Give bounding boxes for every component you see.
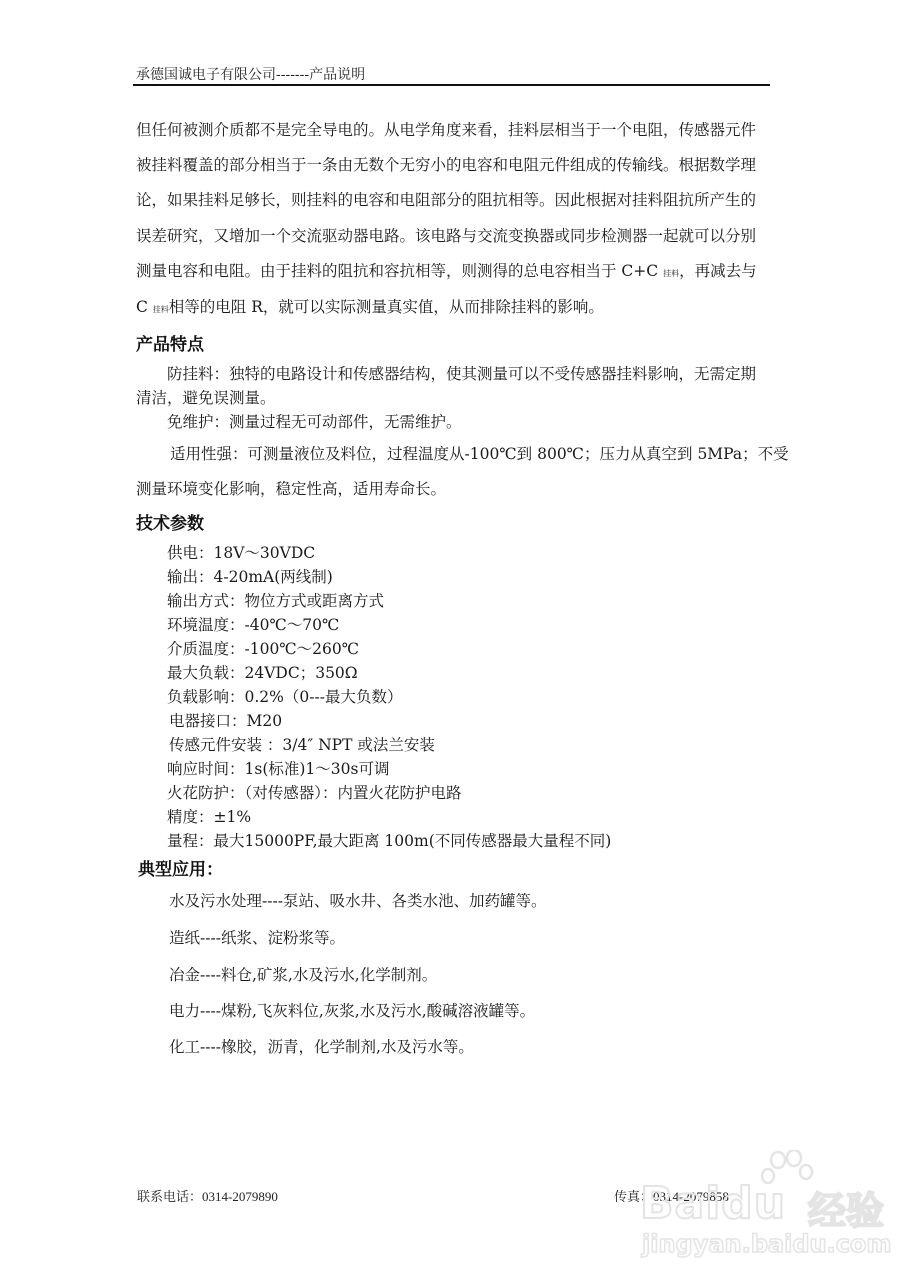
watermark-url: jingyan.baidu.com — [642, 1230, 891, 1258]
intro-line-6-head: C — [136, 298, 153, 316]
subscript-gualiao: 挂料 — [663, 269, 679, 278]
intro-line-4: 误差研究，又增加一个交流驱动器电路。该电路与交流变换器或同步检测器一起就可以分别 — [136, 224, 756, 246]
intro-line-6: C 挂料相等的电阻 R，就可以实际测量真实值，从而排除挂料的影响。 — [136, 295, 604, 317]
application-item: 造纸----纸浆、淀粉浆等。 — [169, 926, 345, 948]
feature-line-5: 测量环境变化影响，稳定性高，适用寿命长。 — [136, 477, 446, 499]
spec-item: 环境温度：-40℃～70℃ — [167, 613, 339, 635]
section-heading-features: 产品特点 — [136, 330, 204, 355]
intro-line-2: 被挂料覆盖的部分相当于一条由无数个无穷小的电容和电阻元件组成的传输线。根据数学理 — [136, 153, 756, 175]
application-item: 化工----橡胶，沥青，化学制剂,水及污水等。 — [169, 1035, 474, 1057]
spec-item: 供电：18V～30VDC — [167, 541, 315, 563]
intro-line-5: 测量电容和电阻。由于挂料的阻抗和容抗相等，则测得的总电容相当于 C+C 挂料，再… — [136, 259, 757, 281]
header-divider — [133, 84, 770, 86]
spec-item: 精度：±1% — [167, 805, 251, 827]
feature-line-1: 防挂料：独特的电路设计和传感器结构，使其测量可以不受传感器挂料影响，无需定期 — [167, 362, 756, 384]
section-heading-applications: 典型应用： — [138, 855, 223, 880]
spec-item: 输出方式：物位方式或距离方式 — [167, 589, 384, 611]
baidu-watermark: Baidu 经验 jingyan.baidu.com — [640, 1150, 900, 1260]
section-heading-specs: 技术参数 — [136, 509, 204, 534]
feature-line-4: 适用性强：可测量液位及料位，过程温度从-100℃到 800℃；压力从真空到 5M… — [170, 442, 789, 464]
footer-fax: 传真：0314-2079858 — [614, 1186, 729, 1205]
intro-line-5-tail: ，再减去与 — [679, 262, 757, 280]
spec-item: 最大负载：24VDC；350Ω — [167, 661, 358, 683]
application-item: 冶金----料仓,矿浆,水及污水,化学制剂。 — [169, 963, 437, 985]
spec-item: 电器接口：M20 — [169, 709, 282, 731]
feature-line-3: 免维护：测量过程无可动部件，无需维护。 — [167, 410, 462, 432]
spec-item: 响应时间：1s(标准)1～30s可调 — [167, 757, 389, 779]
paw-icon — [760, 1150, 820, 1210]
footer-phone: 联系电话：0314-2079890 — [137, 1186, 278, 1205]
watermark-cn: 经验 — [808, 1180, 884, 1235]
intro-line-3: 论，如果挂料足够长，则挂料的电容和电阻部分的阻抗相等。因此根据对挂料阻抗所产生的 — [136, 188, 756, 210]
feature-line-2: 清洁，避免误测量。 — [136, 386, 276, 408]
page-header-title: 承德国诚电子有限公司-------产品说明 — [136, 64, 365, 84]
subscript-gualiao: 挂料 — [153, 305, 169, 314]
spec-item: 负载影响：0.2%（0---最大负数） — [167, 685, 402, 707]
intro-line-6-text: 相等的电阻 R，就可以实际测量真实值，从而排除挂料的影响。 — [169, 298, 604, 316]
intro-line-5-text: 测量电容和电阻。由于挂料的阻抗和容抗相等，则测得的总电容相当于 C+C — [136, 262, 663, 280]
application-item: 电力----煤粉,飞灰料位,灰浆,水及污水,酸碱溶液罐等。 — [169, 999, 535, 1021]
spec-item: 介质温度：-100℃～260℃ — [167, 637, 359, 659]
spec-item: 传感元件安装 ：3/4″ NPT 或法兰安装 — [169, 733, 435, 755]
document-page: 承德国诚电子有限公司-------产品说明 但任何被测介质都不是完全导电的。从电… — [0, 0, 904, 1280]
spec-item: 火花防护：（对传感器）：内置火花防护电路 — [167, 781, 462, 803]
intro-line-1: 但任何被测介质都不是完全导电的。从电学角度来看，挂料层相当于一个电阻，传感器元件 — [136, 118, 756, 140]
spec-item: 量程：最大15000PF,最大距离 100m(不同传感器最大量程不同) — [167, 829, 611, 851]
application-item: 水及污水处理----泵站、吸水井、各类水池、加药罐等。 — [169, 889, 546, 911]
spec-item: 输出：4-20mA(两线制) — [167, 565, 333, 587]
